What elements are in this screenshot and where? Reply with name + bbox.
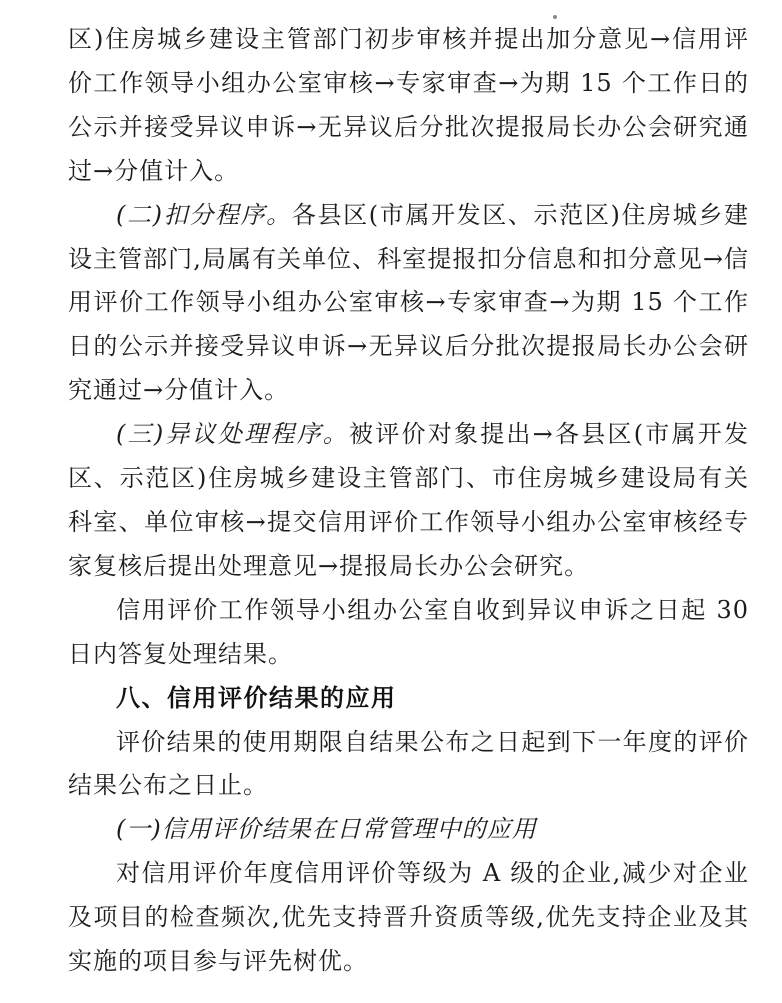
subheading-1-daily-management-application: (一)信用评价结果在日常管理中的应用: [68, 808, 749, 852]
scanned-document-page: 区)住房城乡建设主管部门初步审核并提出加分意见→信用评价工作领导小组办公室审核→…: [0, 0, 782, 1003]
section-heading-8-application-of-results: 八、信用评价结果的应用: [68, 677, 749, 721]
paragraph-objection-procedure: (三)异议处理程序。被评价对象提出→各县区(市属开发区、示范区)住房城乡建设主管…: [68, 413, 749, 589]
objection-procedure-lead: (三)异议处理程序。: [116, 420, 349, 448]
paragraph-scoring-procedure-continuation: 区)住房城乡建设主管部门初步审核并提出加分意见→信用评价工作领导小组办公室审核→…: [68, 18, 749, 194]
paragraph-deduction-procedure: (二)扣分程序。各县区(市属开发区、示范区)住房城乡建设主管部门,局属有关单位、…: [68, 194, 749, 414]
paragraph-result-validity-period: 评价结果的使用期限自结果公布之日起到下一年度的评价结果公布之日止。: [68, 721, 749, 809]
deduction-procedure-body: 各县区(市属开发区、示范区)住房城乡建设主管部门,局属有关单位、科室提报扣分信息…: [68, 201, 749, 405]
paragraph-objection-reply-deadline: 信用评价工作领导小组办公室自收到异议申诉之日起 30 日内答复处理结果。: [68, 589, 749, 677]
document-text-block: 区)住房城乡建设主管部门初步审核并提出加分意见→信用评价工作领导小组办公室审核→…: [68, 6, 749, 984]
paragraph-grade-a-benefits: 对信用评价年度信用评价等级为 A 级的企业,减少对企业及项目的检查频次,优先支持…: [68, 852, 749, 984]
deduction-procedure-lead: (二)扣分程序。: [116, 201, 292, 229]
